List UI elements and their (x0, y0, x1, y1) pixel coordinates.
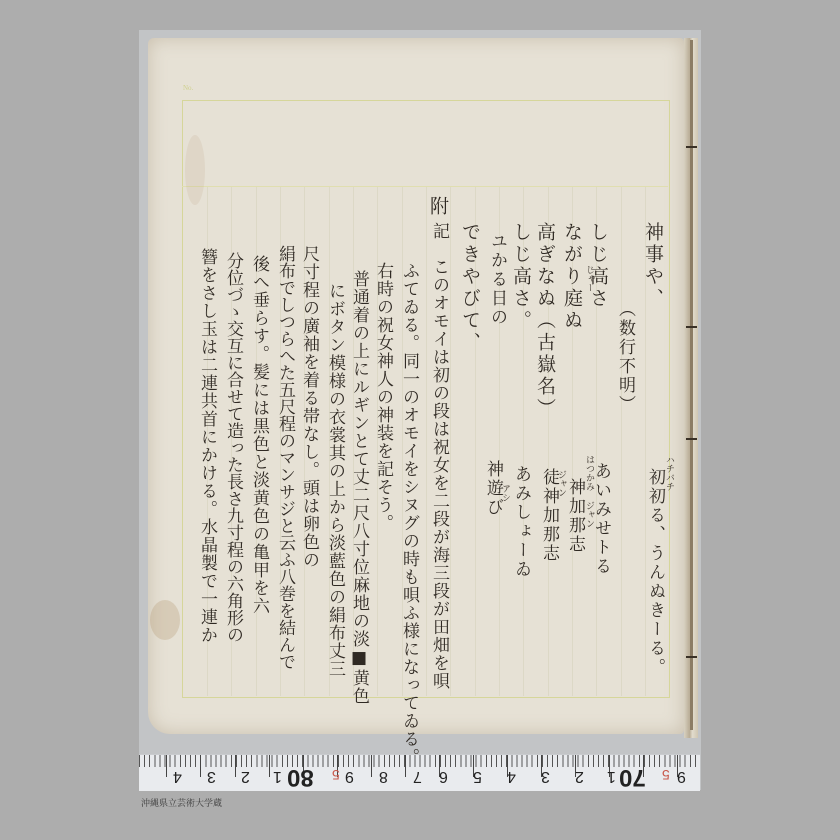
ruler-label: 2 (575, 767, 584, 785)
page-number-label: No. (183, 84, 193, 92)
manuscript-column: ながり庭ぬ (562, 222, 581, 332)
ruby-annotation: ジャン (556, 470, 565, 497)
ruler-major-tick (405, 755, 406, 777)
collection-credit: 沖縄県立芸術大学蔵 (141, 796, 222, 809)
binding-stitch (686, 438, 697, 440)
ruby-annotation: はつかみ ジャン (584, 455, 593, 515)
manuscript-column: 徒神加那志 (540, 468, 557, 563)
ruler-major-tick (269, 755, 270, 777)
binding-stitch (686, 326, 697, 328)
ruler-label: 1 (273, 767, 282, 785)
ruby-annotation: ハチバチ (664, 455, 673, 491)
ruler-major-tick (200, 755, 201, 777)
manuscript-column: 神事や、 (643, 222, 662, 310)
ruler-label: 6 (439, 767, 448, 785)
ruby-annotation: じゃー (584, 265, 593, 292)
ruler-label: 5 (473, 767, 482, 785)
manuscript-column: 附 (428, 196, 447, 218)
manuscript-column: ユかる日の (488, 232, 505, 327)
manuscript-column: （数行不明） (616, 300, 633, 414)
ruler-ticks (139, 755, 700, 767)
ruler-label: 2 (241, 767, 250, 785)
ruler-label: 9 (345, 767, 354, 785)
ruler-label: 3 (207, 767, 216, 785)
ruler-label: 4 (507, 767, 516, 785)
manuscript-column: 神遊び (484, 460, 501, 517)
manuscript-column: 後へ垂らす。髪には黒色と淡黄色の亀甲を六 (250, 255, 267, 615)
manuscript-column: ふてゐる。同一のオモイをシヌグの時も唄ふ様になってゐる。 (400, 262, 417, 766)
paper-stain (185, 135, 205, 205)
manuscript-column: 記 このオモイは初の段は祝女を二段が海三段が田畑を唄 (430, 222, 447, 690)
binding-stitch (686, 656, 697, 658)
manuscript-column: 初初る、うんぬきーる。 (646, 468, 663, 677)
manuscript-column: 右時の祝女神人の神装を記そう。 (374, 262, 391, 532)
ruler-major-tick (166, 755, 167, 777)
manuscript-column: 尺寸程の廣袖を着る帯なし。頭は卵色の (300, 245, 317, 569)
manuscript-column: できやびて、 (460, 222, 479, 354)
manuscript-column: しじ高さ。 (511, 222, 530, 332)
ruler-label: 70 (619, 763, 646, 791)
manuscript-column: 普通着の上にルギンとて丈二尺八寸位麻地の淡■黄色 (350, 270, 367, 705)
manuscript-column: にボタン模様の衣裳其の上から淡藍色の絹布丈三 (326, 282, 343, 678)
ruler-label: 1 (607, 767, 616, 785)
ruled-line (621, 187, 622, 696)
ruler-label: 80 (287, 763, 314, 791)
binding-thread (690, 40, 693, 730)
ruler-label: 5 (332, 767, 340, 783)
manuscript-column: 分位づゝ交互に合せて造った長さ九寸程の六角形の (224, 252, 241, 643)
ruler-label: 7 (413, 767, 422, 785)
manuscript-column: あみしょーゐ (512, 465, 529, 579)
measuring-ruler: 4 3 2 1 80 5 9 8 7 6 5 4 3 2 1 70 5 9 (139, 754, 700, 791)
ruler-label: 9 (677, 767, 686, 785)
ruler-label: 5 (662, 767, 670, 783)
ruler-label: 3 (541, 767, 550, 785)
paper-stain (150, 600, 180, 640)
manuscript-column: 神加那志 (566, 478, 583, 554)
ruler-major-tick (235, 755, 236, 777)
ruled-line (426, 187, 427, 696)
binding-stitch (686, 146, 697, 148)
ruled-line (450, 187, 451, 696)
manuscript-column: 高ぎなぬ（古嶽名） (535, 222, 554, 420)
ruler-label: 4 (173, 767, 182, 785)
ruler-major-tick (371, 755, 372, 777)
manuscript-column: 絹布でしつらへた五尺程のマンサジと云ふ八巻を結んで (276, 245, 293, 670)
manuscript-column: 簪をさし玉は二連共首にかける。水晶製で一連か (198, 248, 215, 644)
ruler-label: 8 (379, 767, 388, 785)
manuscript-column: あいみせトる (592, 462, 609, 576)
ruby-annotation: アシ (500, 484, 509, 502)
